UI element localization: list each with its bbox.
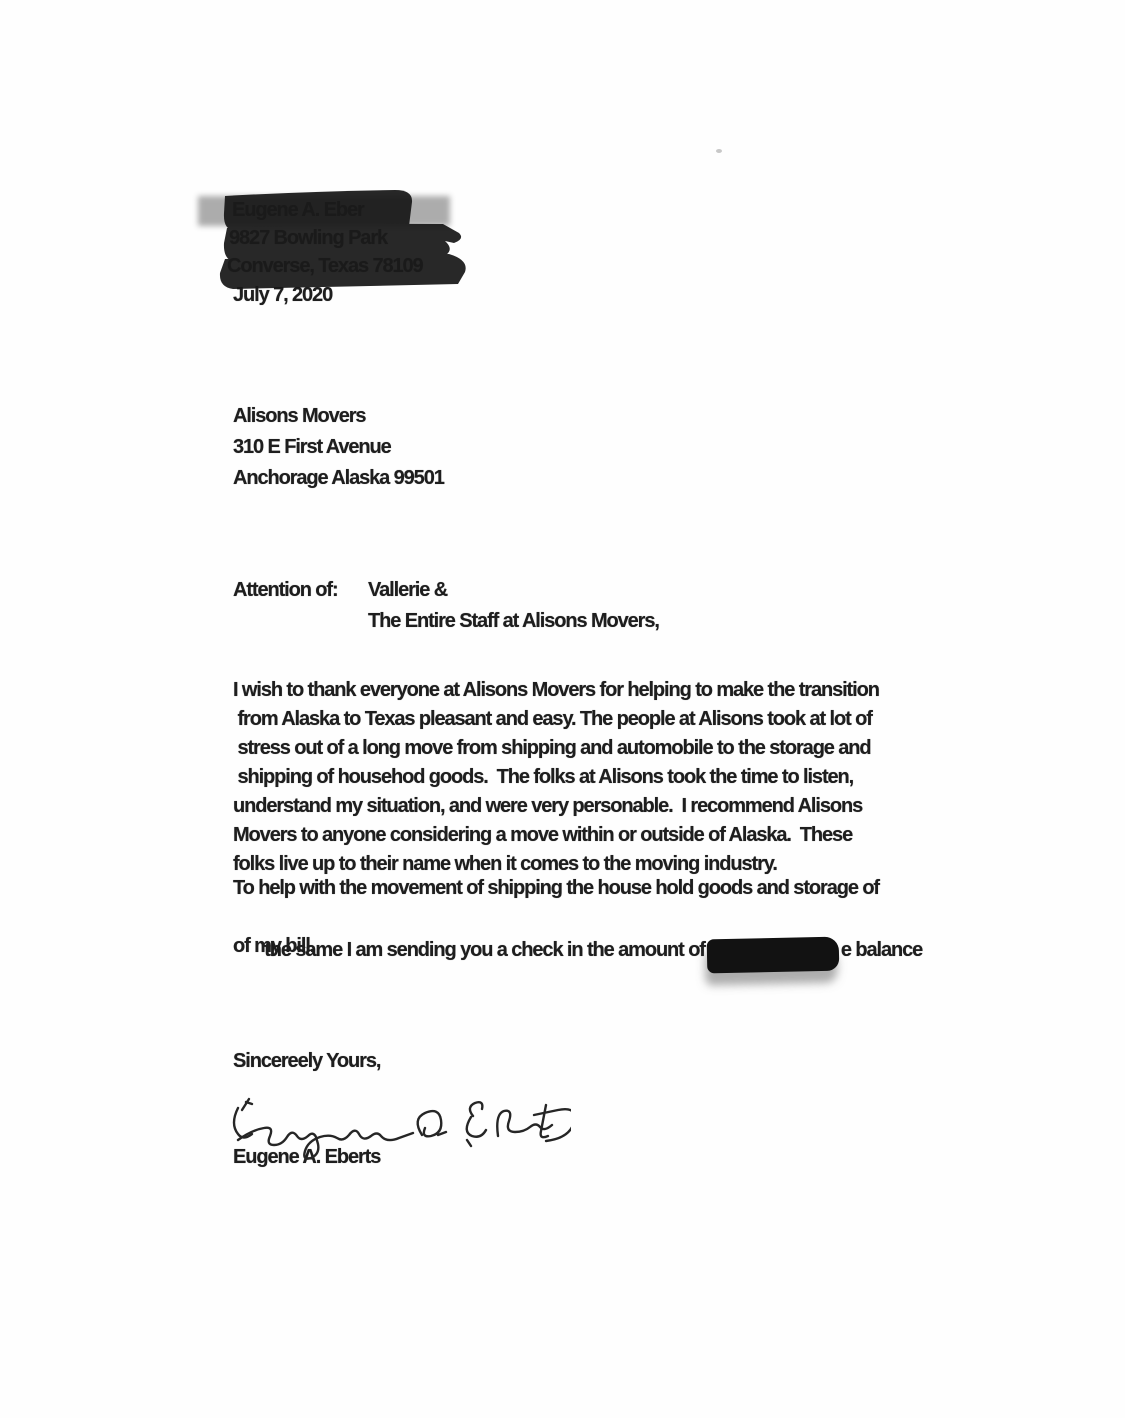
recipient-line: Anchorage Alaska 99501 xyxy=(233,463,444,494)
amount-text-after: e balance xyxy=(841,939,922,961)
redacted-amount-marker xyxy=(707,937,840,974)
body-line: Movers to anyone considering a move with… xyxy=(233,821,879,850)
scan-speck xyxy=(716,149,722,153)
scanned-letter-page: Eugene A. Eber 9827 Bowling Park Convers… xyxy=(0,0,1125,1418)
attention-name: Vallerie & xyxy=(368,576,447,605)
body-line: To help with the movement of shipping th… xyxy=(233,874,879,903)
body-line: understand my situation, and were very p… xyxy=(233,792,879,821)
body-line: stress out of a long move from shipping … xyxy=(233,734,879,763)
amount-text-before: the same I am sending you a check in the… xyxy=(260,939,705,961)
body-line-with-redaction: the same I am sending you a check in the… xyxy=(233,903,922,994)
attention-label: Attention of: xyxy=(233,576,338,605)
body-line: of my bill. xyxy=(233,932,314,961)
body-line: I wish to thank everyone at Alisons Move… xyxy=(233,676,879,705)
body-line: from Alaska to Texas pleasant and easy. … xyxy=(233,705,879,734)
recipient-line: Alisons Movers xyxy=(233,401,444,432)
body-line: shipping of househod goods. The folks at… xyxy=(233,763,879,792)
recipient-address: Alisons Movers 310 E First Avenue Anchor… xyxy=(233,401,444,494)
recipient-line: 310 E First Avenue xyxy=(233,432,444,463)
black-marker-strokes xyxy=(195,186,525,290)
attention-staff: The Entire Staff at Alisons Movers, xyxy=(368,607,659,636)
handwritten-signature xyxy=(226,1084,571,1164)
body-paragraph-1: I wish to thank everyone at Alisons Move… xyxy=(233,676,879,879)
closing-salutation: Sincereely Yours, xyxy=(233,1047,380,1076)
